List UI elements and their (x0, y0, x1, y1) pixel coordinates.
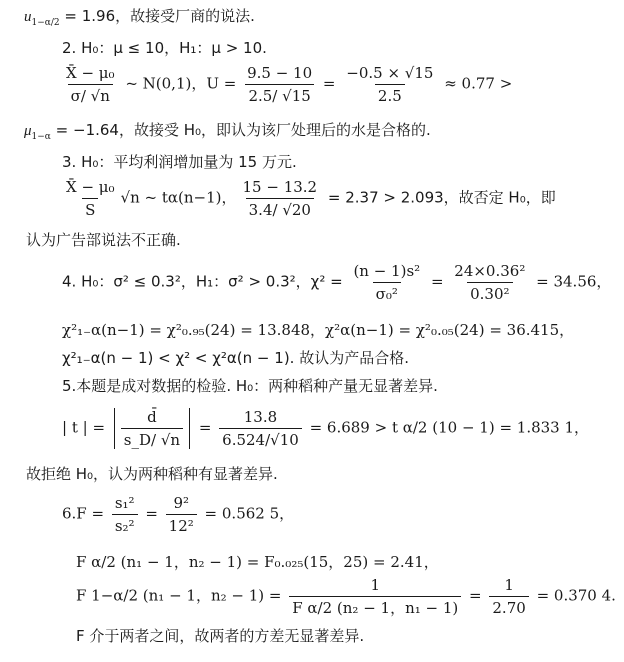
fraction: (n − 1)s²σ₀² (350, 262, 423, 303)
symbol-u: u (24, 9, 32, 25)
fraction: 24×0.36²0.30² (451, 262, 528, 303)
problem-2-statistic: X̄ − μ₀σ/ √n ~ N(0,1)，U = 9.5 − 102.5/ √… (60, 64, 512, 105)
line-text: = 1.96，故接受厂商的说法. (60, 7, 255, 25)
problem-4-conclusion: χ²₁₋α(n − 1) < χ² < χ²α(n − 1). 故认为产品合格. (62, 348, 409, 368)
fraction: d̄s_D/ √n (121, 408, 183, 449)
absolute-value: d̄s_D/ √n (114, 408, 190, 449)
problem-6-lower-critical: F 1−α/2 (n₁ − 1，n₂ − 1) = 1F α/2 (n₂ − 1… (76, 576, 616, 617)
problem-3-hypothesis: 3. H₀：平均利润增加量为 15 万元. (62, 152, 297, 172)
problem-5-hypothesis: 5.本题是成对数据的检验. H₀：两种稻种产量无显著差异. (62, 376, 438, 396)
line-u-critical-value: u1−α/2 = 1.96，故接受厂商的说法. (24, 6, 255, 33)
fraction: 9²12² (166, 494, 197, 535)
fraction: X̄ − μ₀S (63, 178, 118, 219)
fraction: 13.86.524/√10 (219, 408, 302, 449)
problem-6-statistic: 6.F = s₁²s₂² = 9²12² = 0.562 5， (62, 494, 294, 535)
fraction: 1F α/2 (n₂ − 1，n₁ − 1) (289, 576, 461, 617)
fraction: −0.5 × √152.5 (343, 64, 436, 105)
fraction: s₁²s₂² (112, 494, 138, 535)
problem-6-upper-critical: F α/2 (n₁ − 1，n₂ − 1) = F₀.₀₂₅(15，25) = … (76, 552, 439, 572)
problem-2-hypothesis: 2. H₀：μ ≤ 10，H₁：μ > 10. (62, 38, 267, 58)
subscript: 1−α/2 (32, 18, 60, 28)
problem-2-conclusion: μ1−α = −1.64，故接受 H₀，即认为该厂处理后的水是合格的. (24, 120, 431, 147)
problem-5-conclusion: 故拒绝 H₀，认为两种稻种有显著差异. (26, 464, 278, 484)
problem-4-statistic: 4. H₀：σ² ≤ 0.3²，H₁：σ² > 0.3²，χ² = (n − 1… (62, 262, 611, 303)
problem-3-statistic: X̄ − μ₀S√n ~ tα(n−1)，15 − 13.23.4/ √20 =… (60, 178, 556, 219)
problem-3-conclusion: 认为广告部说法不正确. (26, 230, 181, 250)
problem-6-conclusion: F 介于两者之间，故两者的方差无显著差异. (76, 626, 364, 646)
fraction: 15 − 13.23.4/ √20 (240, 178, 321, 219)
fraction: 12.70 (489, 576, 528, 617)
fraction: X̄ − μ₀σ/ √n (63, 64, 118, 105)
fraction: 9.5 − 102.5/ √15 (244, 64, 315, 105)
problem-5-statistic: | t | = d̄s_D/ √n = 13.86.524/√10 = 6.68… (62, 408, 589, 449)
problem-4-critical-values: χ²₁₋α(n−1) = χ²₀.₉₅(24) = 13.848，χ²α(n−1… (62, 320, 574, 340)
